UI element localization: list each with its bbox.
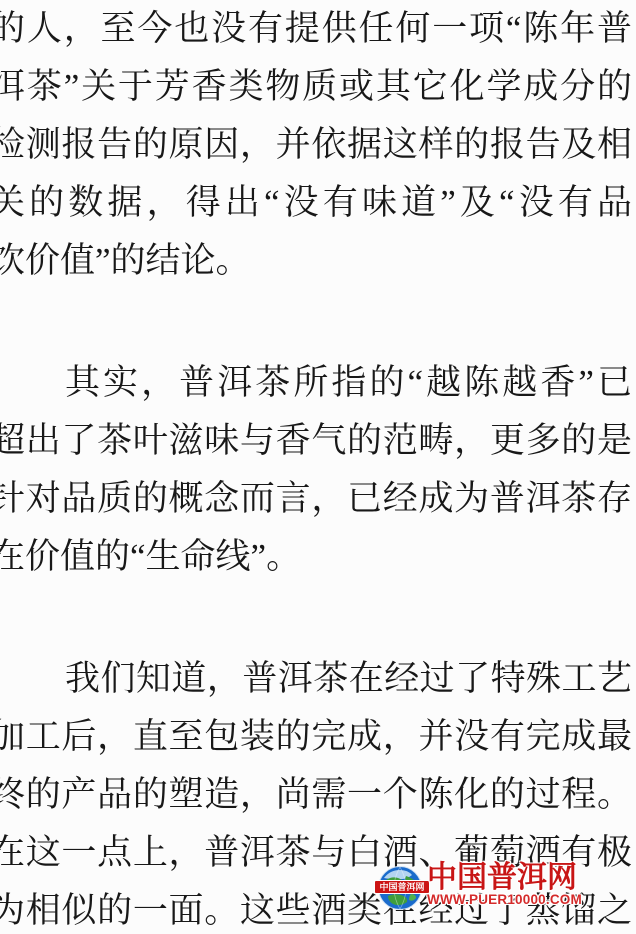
text-line: 的人，至今也没有提供任何一项“陈年普	[0, 0, 632, 58]
text-line: 在价值的“生命线”。	[0, 528, 632, 586]
watermark-text: 中国普洱网 WWW.PUER10000.COM	[427, 862, 582, 907]
site-watermark: 中国普洱网 中国普洱网 WWW.PUER10000.COM	[376, 862, 588, 912]
paragraph-2: 其实，普洱茶所指的“越陈越香”已 超出了茶叶滋味与香气的范畴，更多的是 针对品质…	[0, 354, 632, 586]
site-name: 中国普洱网	[427, 862, 582, 893]
text-line: 检测报告的原因，并依据这样的报告及相	[0, 116, 632, 174]
site-url: WWW.PUER10000.COM	[427, 893, 582, 907]
article-page: 的人，至今也没有提供任何一项“陈年普 洱茶”关于芳香类物质或其它化学成分的 检测…	[0, 0, 636, 934]
text-line: 我们知道，普洱茶在经过了特殊工艺	[0, 650, 632, 708]
text-line: 终的产品的塑造，尚需一个陈化的过程。	[0, 766, 632, 824]
text-line: 超出了茶叶滋味与香气的范畴，更多的是	[0, 412, 632, 470]
text-line: 饮价值”的结论。	[0, 232, 632, 290]
text-line: 其实，普洱茶所指的“越陈越香”已	[0, 354, 632, 412]
globe-banner: 中国普洱网	[374, 880, 430, 894]
text-line: 洱茶”关于芳香类物质或其它化学成分的	[0, 58, 632, 116]
text-line: 针对品质的概念而言，已经成为普洱茶存	[0, 470, 632, 528]
paragraph-1: 的人，至今也没有提供任何一项“陈年普 洱茶”关于芳香类物质或其它化学成分的 检测…	[0, 0, 632, 290]
text-line: 加工后，直至包装的完成，并没有完成最	[0, 708, 632, 766]
article-text: 的人，至今也没有提供任何一项“陈年普 洱茶”关于芳香类物质或其它化学成分的 检测…	[0, 0, 632, 934]
text-line: 关的数据，得出“没有味道”及“没有品	[0, 174, 632, 232]
